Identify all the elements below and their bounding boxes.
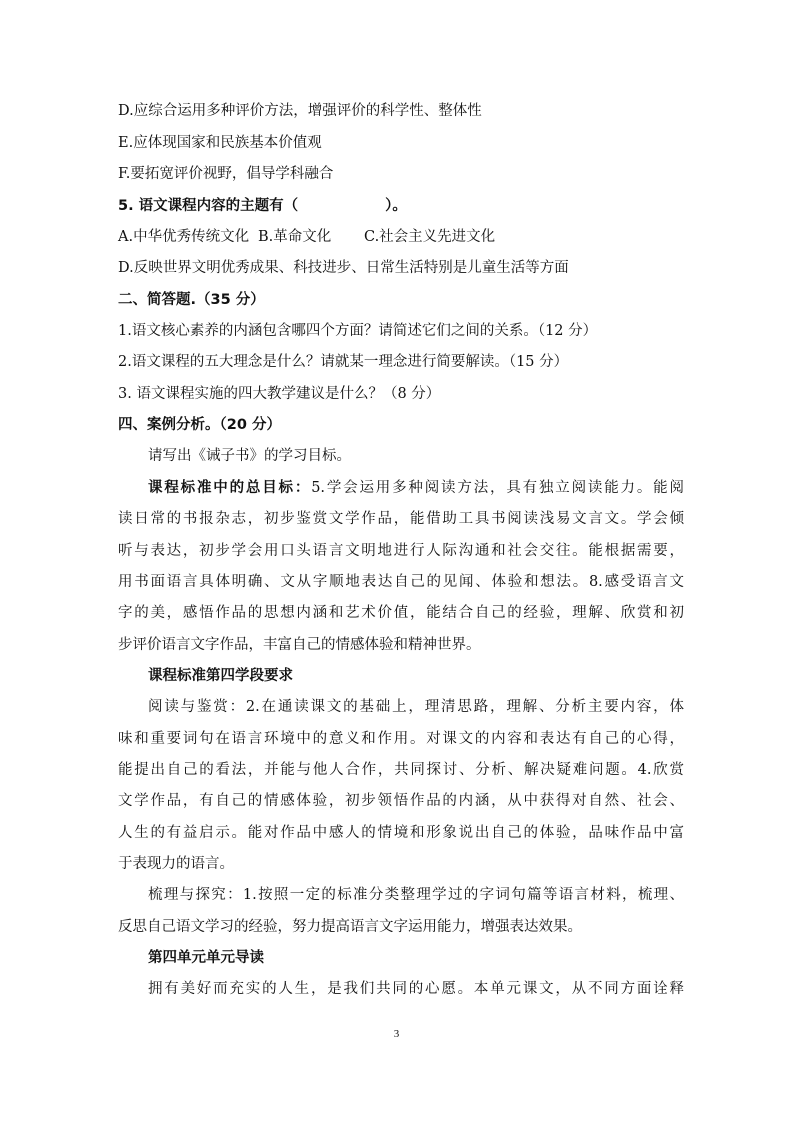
goal-label: 课程标准中的总目标： (148, 480, 311, 496)
option-d: D.应综合运用多种评价方法，增强评价的科学性、整体性 (118, 101, 482, 121)
reading-line-5: 人生的有益启示。能对作品中感人的情境和形象说出自己的体验，品味作品中富 (118, 823, 684, 843)
goal-line-1: 课程标准中的总目标：5.学会运用多种阅读方法，具有独立阅读能力。能阅 (148, 478, 684, 498)
section-4-title: 四、案例分析。（20 分） (118, 415, 281, 435)
reading-line-1: 阅读与鉴赏：2.在通读课文的基础上，理清思路，理解、分析主要内容，体 (148, 697, 684, 717)
question-5-stem: 5. 语文课程内容的主题有（ ）。 (118, 196, 407, 216)
section-2-title: 二、简答题.（35 分） (118, 290, 265, 310)
stage-heading: 课程标准第四学段要求 (148, 666, 293, 686)
goal-line-5: 字的美，感悟作品的思想内涵和艺术价值，能结合自己的经验，理解、欣赏和初 (118, 603, 684, 623)
short-answer-1: 1.语文核心素养的内涵包含哪四个方面？请简述它们之间的关系。（12 分） (118, 321, 597, 341)
goal-line-3: 听与表达，初步学会用口头语言文明地进行人际沟通和社会交往。能根据需要， (118, 541, 684, 561)
case-prompt: 请写出《诫子书》的学习目标。 (148, 446, 351, 466)
goal-line-2: 读日常的书报杂志，初步鉴赏文学作品，能借助工具书阅读浅易文言文。学会倾 (118, 509, 684, 529)
reading-line-2: 味和重要词句在语言环境中的意义和作用。对课文的内容和表达有自己的心得， (118, 729, 684, 749)
question-5-options-row: A.中华优秀传统文化B.革命文化C.社会主义先进文化 (118, 227, 495, 247)
goal-line-4: 用书面语言具体明确、文从字顺地表达自己的见闻、体验和想法。8.感受语言文 (118, 572, 684, 592)
reading-line-6: 于表现力的语言。 (118, 854, 234, 874)
sorting-line-1: 梳理与探究：1.按照一定的标准分类整理学过的字词句篇等语言材料，梳理、 (148, 885, 684, 905)
unit-intro-line: 拥有美好而充实的人生，是我们共同的心愿。本单元课文，从不同方面诠释 (148, 979, 684, 999)
option-a: A.中华优秀传统文化 (118, 227, 258, 247)
reading-line-4: 文学作品，有自己的情感体验，初步领悟作品的内涵，从中获得对自然、社会、 (118, 791, 684, 811)
option-f: F.要拓宽评价视野，倡导学科融合 (118, 164, 333, 184)
option-c: C.社会主义先进文化 (364, 227, 495, 247)
page-number: 3 (0, 1028, 793, 1040)
option-b: B.革命文化 (258, 227, 364, 247)
unit-heading: 第四单元单元导读 (148, 948, 264, 968)
option-e: E.应体现国家和民族基本价值观 (118, 133, 322, 153)
short-answer-3: 3. 语文课程实施的四大教学建议是什么？（8 分） (118, 384, 440, 404)
option-d-q5: D.反映世界文明优秀成果、科技进步、日常生活特别是儿童生活等方面 (118, 258, 569, 278)
sorting-line-2: 反思自己语文学习的经验，努力提高语言文字运用能力，增强表达效果。 (118, 917, 582, 937)
reading-line-3: 能提出自己的看法，并能与他人合作，共同探讨、分析、解决疑难问题。4.欣赏 (118, 760, 684, 780)
short-answer-2: 2.语文课程的五大理念是什么？请就某一理念进行简要解读。（15 分） (118, 352, 568, 372)
goal-line-6: 步评价语言文字作品，丰富自己的情感体验和精神世界。 (118, 635, 481, 655)
